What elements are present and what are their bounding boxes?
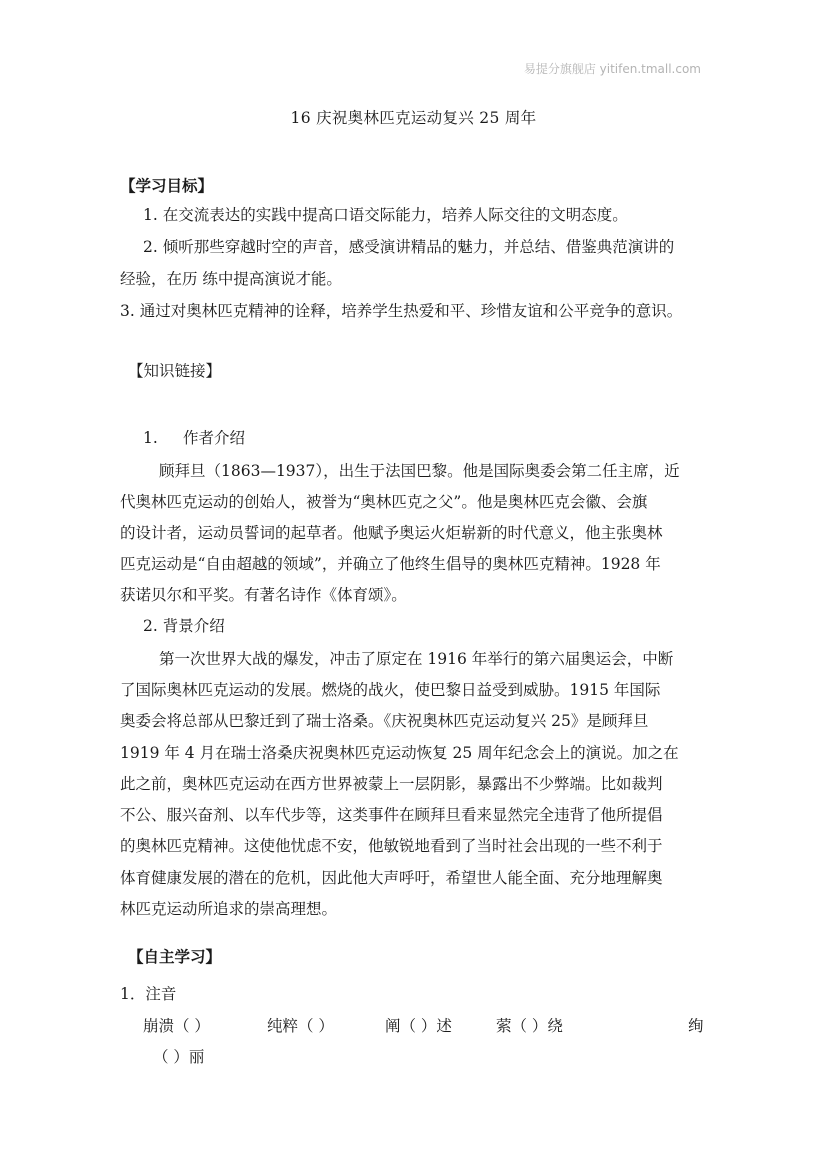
background-paragraph-line: 1919 年 4 月在瑞士洛桑庆祝奥林匹克运动恢复 25 周年纪念会上的演说。加… xyxy=(120,743,679,763)
pinyin-question-label: 1．注音 xyxy=(120,984,176,1004)
pinyin-item: 阐（ ）述 xyxy=(385,1016,452,1036)
background-paragraph-line: 第一次世界大战的爆发，冲击了原定在 1916 年举行的第六届奥运会，中断 xyxy=(159,649,673,669)
pinyin-item-wrap: （ ）丽 xyxy=(153,1047,204,1067)
goal-item-1: 1. 在交流表达的实践中提高口语交际能力，培养人际交往的文明态度。 xyxy=(143,205,628,225)
goal-item-3: 3. 通过对奥林匹克精神的诠释，培养学生热爱和平、珍惜友谊和公平竞争的意识。 xyxy=(120,301,682,321)
background-paragraph-line: 了国际奥林匹克运动的发展。燃烧的战火，使巴黎日益受到威胁。1915 年国际 xyxy=(120,680,660,700)
background-paragraph-line: 的奥林匹克精神。这使他忧虑不安，他敏锐地看到了当时社会出现的一些不利于 xyxy=(120,836,663,856)
goal-item-2: 2. 倾听那些穿越时空的声音，感受演讲精品的魅力，并总结、借鉴典范演讲的 xyxy=(143,237,674,257)
author-paragraph-line: 的设计者，运动员誓词的起草者。他赋予奥运火炬崭新的时代意义，他主张奥林 xyxy=(120,523,663,543)
author-paragraph-line: 代奥林匹克运动的创始人，被誉为“奥林匹克之父”。他是奥林匹克会徽、会旗 xyxy=(120,492,647,512)
knowledge-heading: 【知识链接】 xyxy=(128,361,221,381)
author-paragraph-line: 顾拜旦（1863—1937），出生于法国巴黎。他是国际奥委会第二任主席，近 xyxy=(159,461,680,481)
background-paragraph-line: 此之前，奥林匹克运动在西方世界被蒙上一层阴影，暴露出不少弊端。比如裁判 xyxy=(120,774,663,794)
author-intro-number: 1. xyxy=(143,428,158,448)
pinyin-item: 萦（ ）绕 xyxy=(496,1016,563,1036)
background-paragraph-line: 林匹克运动所追求的崇高理想。 xyxy=(120,899,337,919)
background-paragraph-line: 奥委会将总部从巴黎迁到了瑞士洛桑。《庆祝奥林匹克运动复兴 25》是顾拜旦 xyxy=(120,711,648,731)
goal-item-2-cont: 经验，在历 练中提高演说才能。 xyxy=(120,269,342,289)
pinyin-item: 纯粹（ ） xyxy=(267,1016,334,1036)
author-paragraph-line: 获诺贝尔和平奖。有著名诗作《体育颂》。 xyxy=(120,585,407,605)
pinyin-item: 绚 xyxy=(688,1016,704,1036)
author-intro-label: 作者介绍 xyxy=(183,428,245,448)
author-paragraph-line: 匹克运动是“自由超越的领域”，并确立了他终生倡导的奥林匹克精神。1928 年 xyxy=(120,554,661,574)
background-paragraph-line: 不公、服兴奋剂、以车代步等，这类事件在顾拜旦看来显然完全违背了他所提倡 xyxy=(120,805,663,825)
watermark: 易提分旗舰店 yitifen.tmall.com xyxy=(524,60,701,77)
self-study-heading: 【自主学习】 xyxy=(128,947,221,967)
background-paragraph-line: 体育健康发展的潜在的危机，因此他大声呼吁，希望世人能全面、充分地理解奥 xyxy=(120,868,663,888)
page-title: 16 庆祝奥林匹克运动复兴 25 周年 xyxy=(0,106,827,128)
pinyin-item: 崩溃（ ） xyxy=(143,1016,210,1036)
background-intro-label: 2. 背景介绍 xyxy=(143,616,225,636)
goals-heading: 【学习目标】 xyxy=(120,176,213,196)
